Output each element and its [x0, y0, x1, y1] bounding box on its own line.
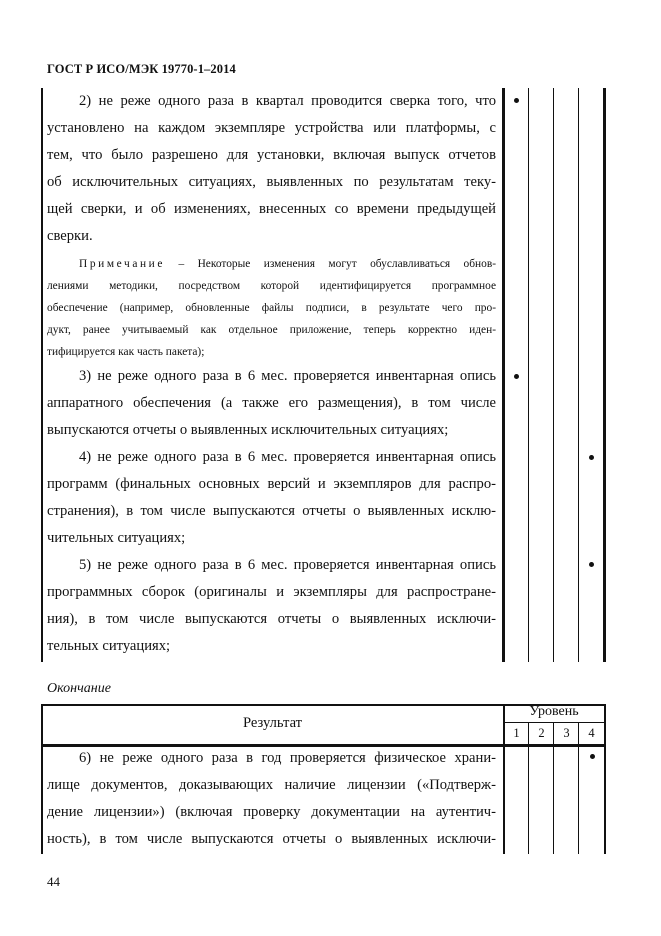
- page-number: 44: [47, 874, 60, 890]
- level-header-divider: [503, 722, 606, 723]
- note-text: – Некоторые изменения могут обуславливат…: [165, 258, 496, 270]
- row-text-line: 3) не реже одного раза в 6 мес. проверяе…: [79, 366, 496, 386]
- table-bottom-right-border: [604, 704, 606, 854]
- row-text-line: лище документов, доказывающих наличие ли…: [47, 775, 496, 795]
- result-column-header: Результат: [42, 715, 503, 732]
- continuation-label: Окончание: [47, 681, 111, 697]
- table-top-col2-border: [553, 88, 554, 662]
- document-header: ГОСТ Р ИСО/МЭК 19770-1–2014: [47, 62, 236, 77]
- row-text-line: тельных ситуациях;: [47, 636, 496, 656]
- row-text-line: 5) не реже одного раза в 6 мес. проверяе…: [79, 555, 496, 575]
- row-text-line: об исключительных ситуациях, выявленных …: [47, 172, 496, 192]
- note-line: лениями методики, посредством которой ид…: [47, 278, 496, 294]
- table-top-col1-border: [528, 88, 529, 662]
- row-text-line: тем, что было разрешено для установки, в…: [47, 145, 496, 165]
- table-bottom-col2-border: [553, 722, 554, 854]
- level-2-header: 2: [529, 726, 554, 741]
- row-text-line: чительных ситуациях;: [47, 528, 496, 548]
- note-line: дукт, ранее учитываемый как отдельное пр…: [47, 322, 496, 338]
- table-top-right-border: [603, 88, 606, 662]
- level-4-mark-icon: [590, 754, 595, 759]
- note-line: тифицируется как часть пакета);: [47, 344, 496, 360]
- row-text-line: программ (финальных основных версий и эк…: [47, 474, 496, 494]
- level-1-mark-icon: [514, 98, 519, 103]
- row-text-line: ность), в том числе выпускаются отчеты о…: [47, 829, 496, 849]
- level-1-mark-icon: [514, 374, 519, 379]
- table-top-col3-border: [578, 88, 579, 662]
- row-text-line: странения), в том числе выпускаются отче…: [47, 501, 496, 521]
- row-text-line: 2) не реже одного раза в квартал проводи…: [79, 91, 496, 111]
- row-text-line: дение лицензии») (включая проверку докум…: [47, 802, 496, 822]
- level-4-header: 4: [579, 726, 604, 741]
- table-bottom-col3-border: [578, 722, 579, 854]
- note-label: Примечание: [79, 258, 165, 270]
- row-text-line: сверки.: [47, 226, 496, 246]
- row-text-line: 6) не реже одного раза в год проверяется…: [79, 748, 496, 768]
- header-bottom-border: [41, 744, 606, 747]
- note-line: Примечание – Некоторые изменения могут о…: [79, 256, 496, 272]
- level-3-header: 3: [554, 726, 579, 741]
- level-column-header: Уровень: [504, 704, 604, 720]
- note-line: обеспечение (например, обновленные файлы…: [47, 300, 496, 316]
- row-text-line: аппаратного обеспечения (а также его раз…: [47, 393, 496, 413]
- level-1-header: 1: [504, 726, 529, 741]
- level-4-mark-icon: [589, 562, 594, 567]
- row-text-line: программных сборок (оригиналы и экземпля…: [47, 582, 496, 602]
- row-text-line: выпускаются отчеты о выявленных исключит…: [47, 420, 496, 440]
- table-top-result-border: [502, 88, 505, 662]
- row-text-line: установлено на каждом экземпляре устройс…: [47, 118, 496, 138]
- table-top-left-border: [41, 88, 43, 662]
- table-bottom-col1-border: [528, 722, 529, 854]
- row-text-line: 4) не реже одного раза в 6 мес. проверяе…: [79, 447, 496, 467]
- level-4-mark-icon: [589, 455, 594, 460]
- row-text-line: щей сверки, и об изменениях, внесенных с…: [47, 199, 496, 219]
- row-text-line: ния), в том числе выпускаются отчеты о в…: [47, 609, 496, 629]
